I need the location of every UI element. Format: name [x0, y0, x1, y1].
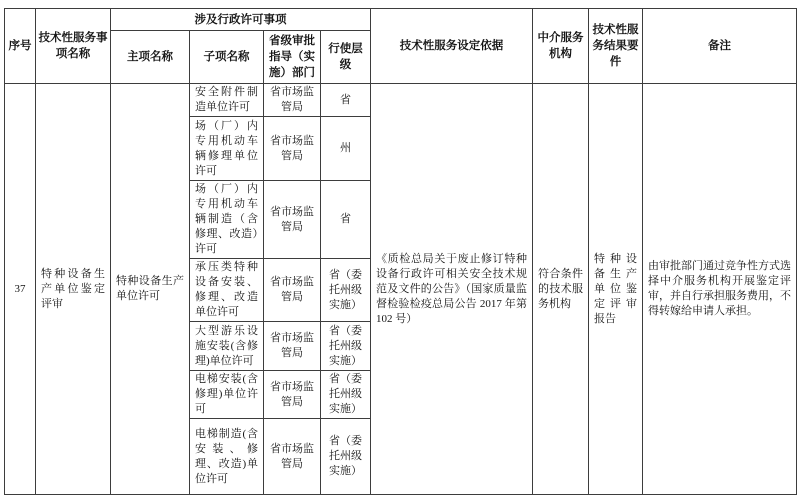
header-setting-basis: 技术性服务设定依据	[371, 9, 533, 84]
cell-exercise-level: 省	[321, 84, 371, 117]
cell-approval-dept: 省市场监管局	[264, 84, 321, 117]
cell-approval-dept: 省市场监管局	[264, 322, 321, 371]
cell-approval-dept: 省市场监管局	[264, 371, 321, 419]
header-approval-dept: 省级审批指导（实施）部门	[264, 31, 321, 84]
header-result-requirement: 技术性服务结果要件	[589, 9, 643, 84]
header-main-item: 主项名称	[111, 31, 190, 84]
cell-exercise-level: 省（委托州级实施）	[321, 259, 371, 322]
admin-license-service-table: 序号 技术性服务事项名称 涉及行政许可事项 技术性服务设定依据 中介服务机构 技…	[4, 8, 797, 495]
cell-setting-basis: 《质检总局关于废止修订特种设备行政许可相关安全技术规范及文件的公告》（国家质量监…	[371, 84, 533, 495]
cell-serial: 37	[5, 84, 36, 495]
cell-main-item: 特种设备生产单位许可	[111, 84, 190, 495]
header-sub-item: 子项名称	[190, 31, 264, 84]
header-intermediary: 中介服务机构	[533, 9, 589, 84]
cell-service-item-name: 特种设备生产单位鉴定评审	[36, 84, 111, 495]
cell-sub-item: 安全附件制造单位许可	[190, 84, 264, 117]
cell-approval-dept: 省市场监管局	[264, 117, 321, 181]
cell-exercise-level: 省（委托州级实施）	[321, 322, 371, 371]
cell-sub-item: 电梯制造(含安装、修理、改造)单位许可	[190, 419, 264, 495]
cell-sub-item: 大型游乐设施安装(含修理)单位许可	[190, 322, 264, 371]
cell-exercise-level: 省（委托州级实施）	[321, 371, 371, 419]
cell-approval-dept: 省市场监管局	[264, 181, 321, 259]
header-admin-license-group: 涉及行政许可事项	[111, 9, 371, 31]
header-remark: 备注	[643, 9, 797, 84]
cell-intermediary: 符合条件的技术服务机构	[533, 84, 589, 495]
header-exercise-level: 行使层级	[321, 31, 371, 84]
cell-exercise-level: 州	[321, 117, 371, 181]
cell-sub-item: 承压类特种设备安装、修理、改造单位许可	[190, 259, 264, 322]
cell-approval-dept: 省市场监管局	[264, 419, 321, 495]
header-service-item-name: 技术性服务事项名称	[36, 9, 111, 84]
cell-exercise-level: 省（委托州级实施）	[321, 419, 371, 495]
cell-sub-item: 场（厂）内专用机动车辆修理单位许可	[190, 117, 264, 181]
header-row-1: 序号 技术性服务事项名称 涉及行政许可事项 技术性服务设定依据 中介服务机构 技…	[5, 9, 797, 31]
cell-result-requirement: 特种设备生产单位鉴定评审报告	[589, 84, 643, 495]
cell-sub-item: 场（厂）内专用机动车辆制造（含修理、改造）许可	[190, 181, 264, 259]
cell-remark: 由审批部门通过竞争性方式选择中介服务机构开展鉴定评审，并自行承担服务费用，不得转…	[643, 84, 797, 495]
cell-approval-dept: 省市场监管局	[264, 259, 321, 322]
header-serial: 序号	[5, 9, 36, 84]
cell-exercise-level: 省	[321, 181, 371, 259]
table-row: 37 特种设备生产单位鉴定评审 特种设备生产单位许可 安全附件制造单位许可 省市…	[5, 84, 797, 117]
cell-sub-item: 电梯安装(含修理)单位许可	[190, 371, 264, 419]
